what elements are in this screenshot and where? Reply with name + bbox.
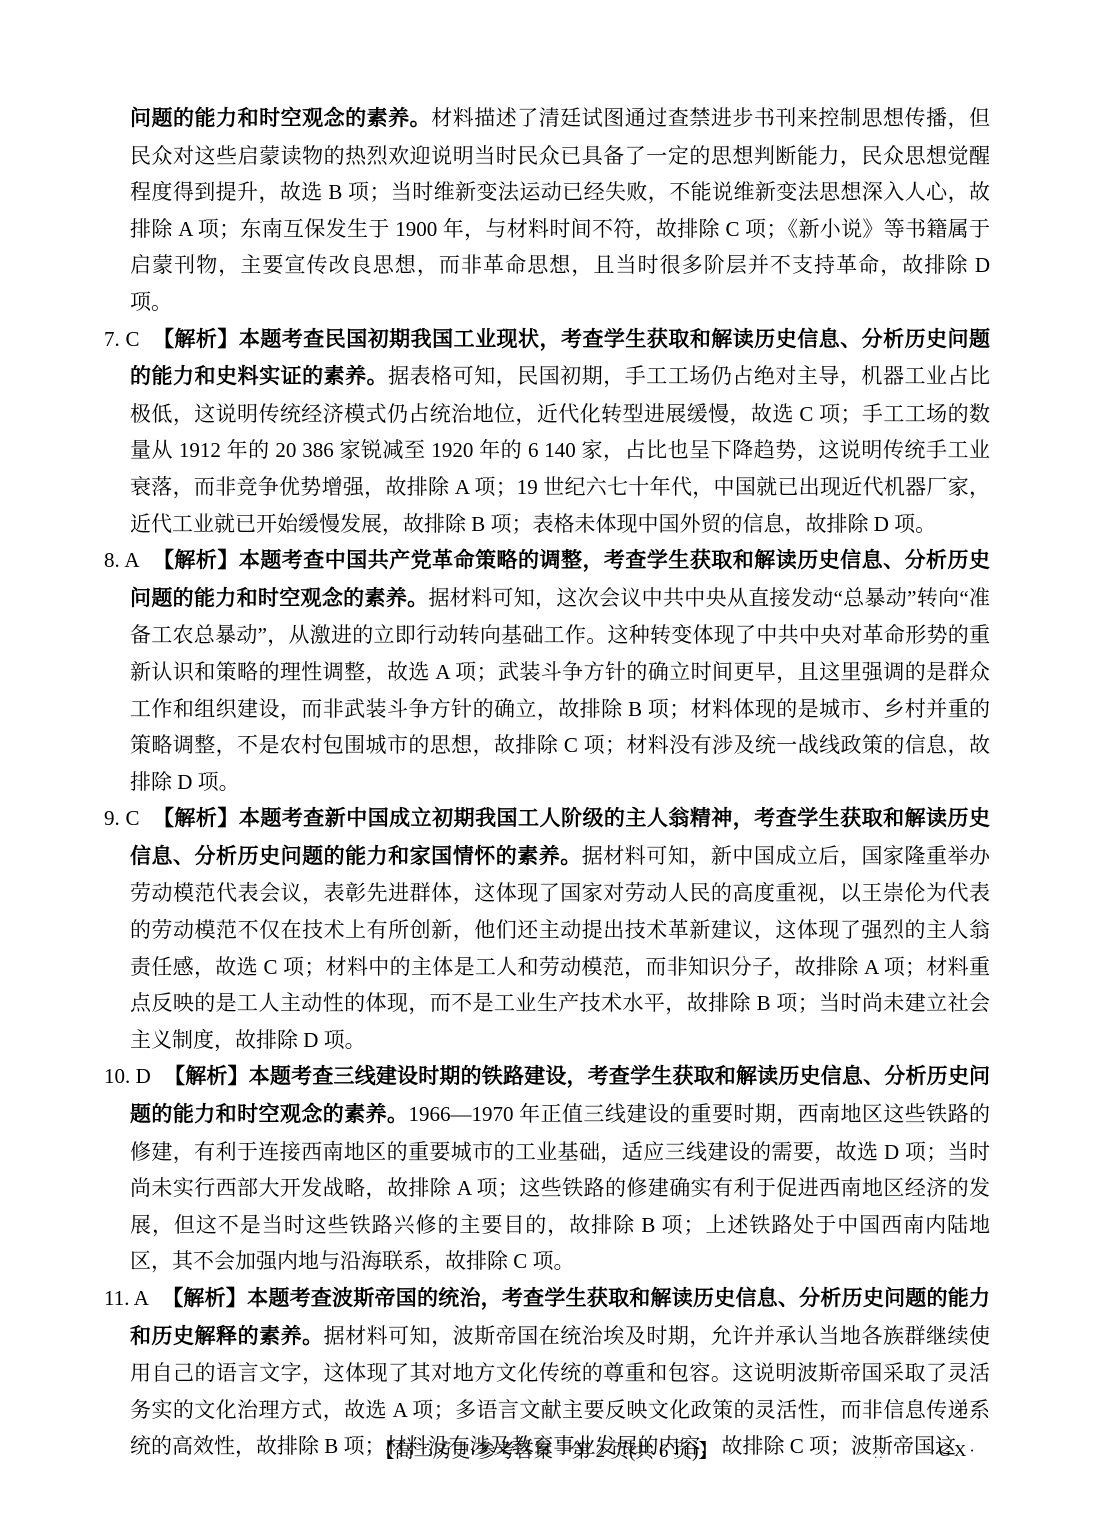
explanation-body-text: 1966—1970 年正值三线建设的重要时期，西南地区这些铁路的修建，有利于连接…	[130, 1102, 990, 1273]
answer-item-9: 9. C【解析】本题考查新中国成立初期我国工人阶级的主人翁精神，考查学生获取和解…	[104, 800, 990, 1058]
question-number-answer: 10. D	[104, 1064, 151, 1088]
page-footer-code: ·GX·	[930, 1441, 978, 1461]
explanation-bold-text: 问题的能力和时空观念的素养。	[130, 107, 431, 130]
question-number-answer: 8. A	[104, 548, 139, 572]
question-number-answer: 7. C	[104, 327, 139, 351]
question-number-answer: 9. C	[104, 806, 139, 830]
answer-item-6-continuation: 问题的能力和时空观念的素养。材料描述了清廷试图通过查禁进步书刊来控制思想传播，但…	[104, 100, 990, 321]
document-page: 问题的能力和时空观念的素养。材料描述了清廷试图通过查禁进步书刊来控制思想传播，但…	[0, 0, 1093, 1536]
answer-list: 问题的能力和时空观念的素养。材料描述了清廷试图通过查禁进步书刊来控制思想传播，但…	[104, 100, 990, 1465]
answer-item-8: 8. A【解析】本题考查中国共产党革命策略的调整，考查学生获取和解读历史信息、分…	[104, 542, 990, 800]
explanation-body-text: 据材料可知，这次会议中共中央从直接发动“总暴动”转向“准备工农总暴动”，从激进的…	[130, 586, 990, 794]
answer-item-7: 7. C【解析】本题考查民国初期我国工业现状，考查学生获取和解读历史信息、分析历…	[104, 321, 990, 543]
explanation-body-text: 据材料可知，新中国成立后，国家隆重举办劳动模范代表会议，表彰先进群体，这体现了国…	[130, 844, 990, 1052]
explanation-body-text: 材料描述了清廷试图通过查禁进步书刊来控制思想传播，但民众对这些启蒙读物的热烈欢迎…	[130, 106, 990, 314]
explanation-body-text: 据表格可知，民国初期，手工工场仍占绝对主导，机器工业占比极低，这说明传统经济模式…	[130, 364, 990, 535]
question-number-answer: 11. A	[104, 1286, 149, 1310]
answer-item-10: 10. D【解析】本题考查三线建设时期的铁路建设，考查学生获取和解读历史信息、分…	[104, 1058, 990, 1280]
